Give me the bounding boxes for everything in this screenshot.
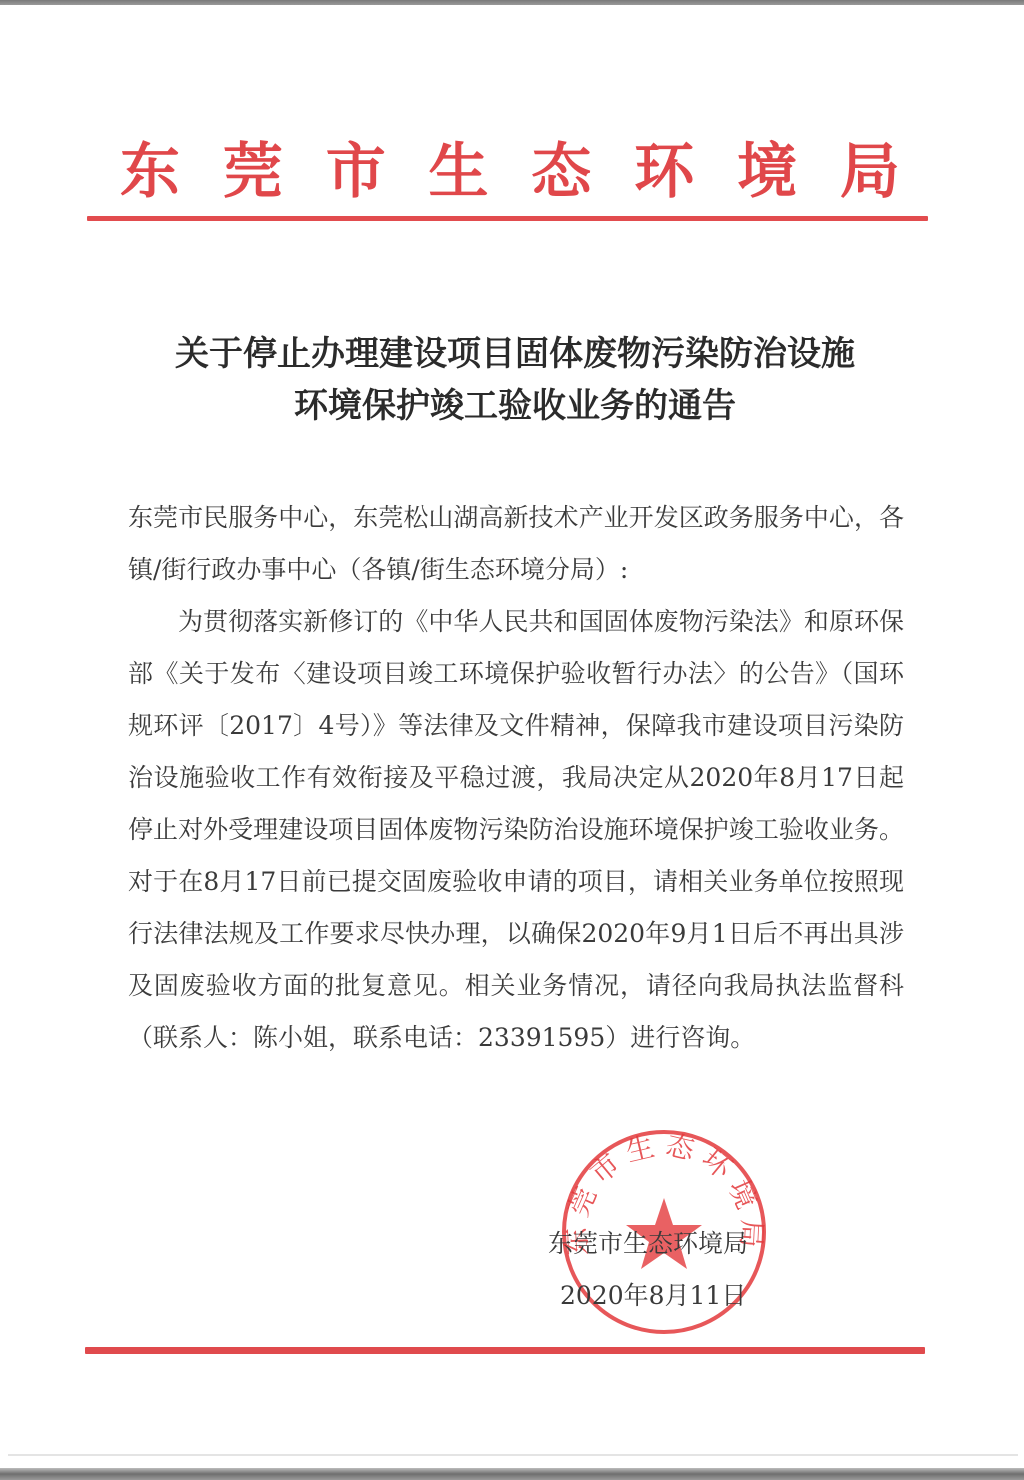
document-page: 东 莞 市 生 态 环 境 局 关于停止办理建设项目固体废物污染防治设施 环境保… (0, 0, 1024, 1466)
letterhead-char: 环 (634, 132, 694, 212)
letterhead-char: 东 (120, 132, 180, 212)
title-line-1: 关于停止办理建设项目固体废物污染防治设施 (110, 328, 920, 380)
letterhead-char: 局 (840, 132, 900, 212)
letterhead-divider (87, 216, 928, 221)
issue-date: 2020年8月11日 (548, 1270, 778, 1322)
letterhead-char: 态 (531, 132, 591, 212)
viewer-bottom-edge (0, 1468, 1024, 1480)
issuer-name: 东莞市生态环境局 (548, 1218, 778, 1270)
page-edge (8, 1454, 1018, 1456)
letterhead-char: 莞 (223, 132, 283, 212)
letterhead-char: 市 (326, 132, 386, 212)
signature-block: 东莞市生态环境局 2020年8月11日 (548, 1218, 778, 1322)
viewer-top-edge (0, 0, 1024, 5)
notice-title: 关于停止办理建设项目固体废物污染防治设施 环境保护竣工验收业务的通告 (110, 328, 920, 432)
notice-body: 东莞市民服务中心，东莞松山湖高新技术产业开发区政务服务中心，各镇/街行政办事中心… (128, 492, 904, 1064)
title-line-2: 环境保护竣工验收业务的通告 (110, 380, 920, 432)
body-paragraph: 为贯彻落实新修订的《中华人民共和国固体废物污染法》和原环保部《关于发布〈建设项目… (128, 596, 904, 1064)
org-letterhead: 东 莞 市 生 态 环 境 局 (120, 132, 900, 212)
addressee: 东莞市民服务中心，东莞松山湖高新技术产业开发区政务服务中心，各镇/街行政办事中心… (128, 492, 904, 596)
letterhead-char: 境 (737, 132, 797, 212)
footer-divider (85, 1347, 925, 1354)
letterhead-char: 生 (429, 132, 489, 212)
